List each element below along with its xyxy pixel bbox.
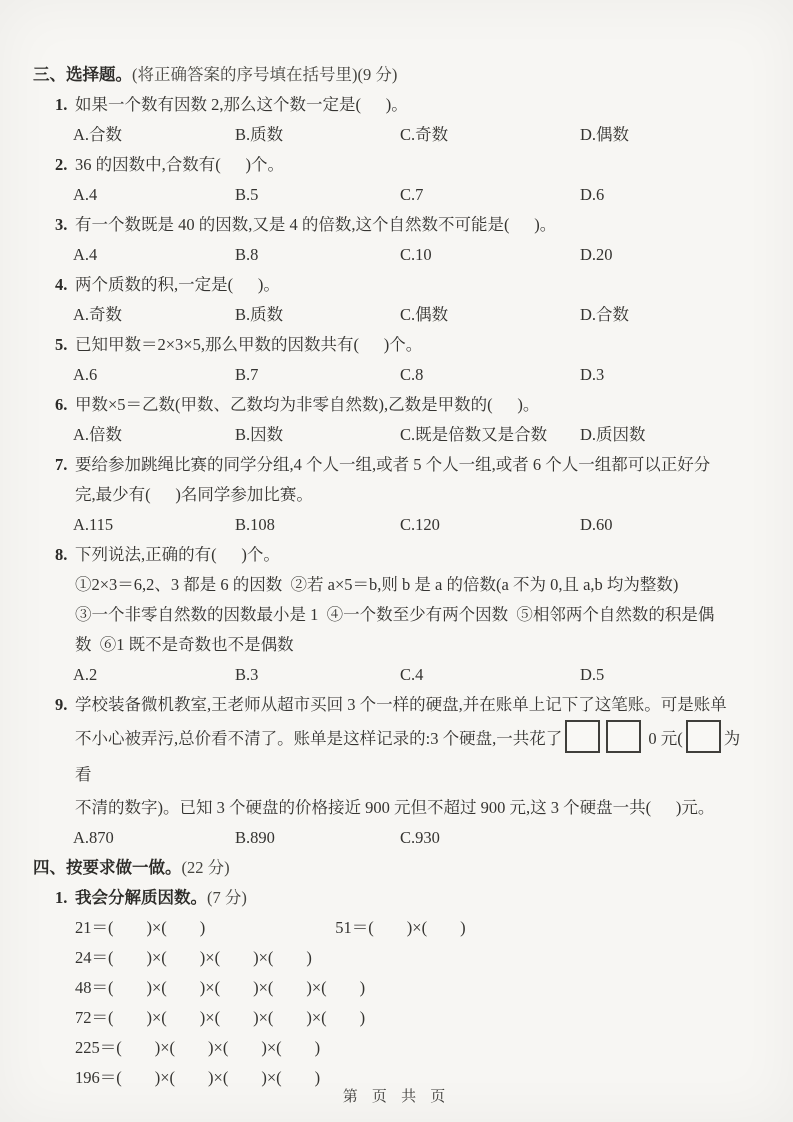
option-b: B.5 (235, 180, 400, 210)
question-9-bill-line: 不小心被弄污,总价看不清了。账单是这样记录的:3 个硬盘,一共花了 0 元(为看 (75, 720, 755, 793)
option-c: C.7 (400, 180, 580, 210)
factorization-equation-21: 21＝( )×( ) (75, 918, 205, 937)
question-7-number: 7. (55, 450, 75, 480)
question-6-text: 甲数×5＝乙数(甲数、乙数均为非零自然数),乙数是甲数的( )。 (75, 390, 755, 420)
option-d: D.3 (580, 360, 755, 390)
question-4-options: A.奇数B.质数C.偶数D.合数 (73, 300, 755, 330)
option-c: C.8 (400, 360, 580, 390)
question-3: 3.有一个数既是 40 的因数,又是 4 的倍数,这个自然数不可能是( )。 A… (33, 210, 755, 270)
question-4: 4.两个质数的积,一定是( )。 A.奇数B.质数C.偶数D.合数 (33, 270, 755, 330)
option-a: A.奇数 (73, 300, 235, 330)
option-c: C.930 (400, 823, 580, 853)
question-8-text: 下列说法,正确的有( )个。 (75, 540, 755, 570)
option-a: A.2 (73, 660, 235, 690)
factorization-row-225: 225＝( )×( )×( )×( ) (75, 1033, 755, 1063)
question-7-options: A.115B.108C.120D.60 (73, 510, 755, 540)
option-c: C.4 (400, 660, 580, 690)
question-6: 6.甲数×5＝乙数(甲数、乙数均为非零自然数),乙数是甲数的( )。 A.倍数B… (33, 390, 755, 450)
question-3-number: 3. (55, 210, 75, 240)
option-d: D.合数 (580, 300, 755, 330)
question-9-line-1: 9.学校装备微机教室,王老师从超市买回 3 个一样的硬盘,并在账单上记下了这笔账… (33, 690, 755, 720)
factorization-row-21-51: 21＝( )×( )51＝( )×( ) (75, 913, 755, 943)
question-6-line: 6.甲数×5＝乙数(甲数、乙数均为非零自然数),乙数是甲数的( )。 (33, 390, 755, 420)
option-b: B.质数 (235, 120, 400, 150)
question-8: 8.下列说法,正确的有( )个。 ①2×3＝6,2、3 都是 6 的因数 ②若 … (33, 540, 755, 690)
option-b: B.质数 (235, 300, 400, 330)
sub1-points: (7 分) (207, 888, 247, 907)
question-7-line-1: 7.要给参加跳绳比赛的同学分组,4 个人一组,或者 5 个人一组,或者 6 个人… (33, 450, 755, 480)
option-d: D.5 (580, 660, 755, 690)
question-4-text: 两个质数的积,一定是( )。 (75, 270, 755, 300)
sub1-title: 我会分解质因数。(7 分) (75, 883, 755, 913)
option-d: D.质因数 (580, 420, 755, 450)
question-8-statements-1: ①2×3＝6,2、3 都是 6 的因数 ②若 a×5＝b,则 b 是 a 的倍数… (75, 570, 755, 600)
test-paper-page: 三、选择题。(将正确答案的序号填在括号里)(9 分) 1.如果一个数有因数 2,… (0, 0, 793, 1122)
hidden-digit-box (686, 720, 721, 753)
question-4-number: 4. (55, 270, 75, 300)
option-c: C.120 (400, 510, 580, 540)
option-d: D.偶数 (580, 120, 755, 150)
question-3-text: 有一个数既是 40 的因数,又是 4 的倍数,这个自然数不可能是( )。 (75, 210, 755, 240)
section4-points: (22 分) (182, 858, 230, 877)
question-9-options: A.870B.890C.930 (73, 823, 755, 853)
section3-note: (将正确答案的序号填在括号里)(9 分) (132, 65, 397, 84)
option-a: A.4 (73, 180, 235, 210)
section3-heading: 三、选择题。(将正确答案的序号填在括号里)(9 分) (33, 60, 755, 90)
option-a: A.6 (73, 360, 235, 390)
question-1-options: A.合数B.质数C.奇数D.偶数 (73, 120, 755, 150)
option-b: B.108 (235, 510, 400, 540)
question-8-statements-3: 数 ⑥1 既不是奇数也不是偶数 (75, 630, 755, 660)
option-a: A.合数 (73, 120, 235, 150)
question-5-text: 已知甲数＝2×3×5,那么甲数的因数共有( )个。 (75, 330, 755, 360)
question-4-line: 4.两个质数的积,一定是( )。 (33, 270, 755, 300)
question-9-text: 学校装备微机教室,王老师从超市买回 3 个一样的硬盘,并在账单上记下了这笔账。可… (75, 690, 755, 720)
question-1: 1.如果一个数有因数 2,那么这个数一定是( )。 A.合数B.质数C.奇数D.… (33, 90, 755, 150)
question-8-line-1: 8.下列说法,正确的有( )个。 (33, 540, 755, 570)
hidden-digit-box (565, 720, 600, 753)
section3-title: 三、选择题。 (33, 66, 132, 84)
question-3-line: 3.有一个数既是 40 的因数,又是 4 的倍数,这个自然数不可能是( )。 (33, 210, 755, 240)
sub1-title-text: 我会分解质因数。 (75, 889, 207, 907)
text-segment: 0 元( (644, 729, 683, 748)
question-9: 9.学校装备微机教室,王老师从超市买回 3 个一样的硬盘,并在账单上记下了这笔账… (33, 690, 755, 853)
factorization-equation-48: 48＝( )×( )×( )×( )×( ) (75, 978, 365, 997)
option-c: C.奇数 (400, 120, 580, 150)
factorization-equation-51: 51＝( )×( ) (335, 918, 465, 937)
factorization-equation-225: 225＝( )×( )×( )×( ) (75, 1038, 320, 1057)
option-a: A.4 (73, 240, 235, 270)
page-footer: 第 页 共 页 (0, 1085, 793, 1106)
option-b: B.8 (235, 240, 400, 270)
option-b: B.890 (235, 823, 400, 853)
question-6-options: A.倍数B.因数C.既是倍数又是合数D.质因数 (73, 420, 755, 450)
option-b: B.因数 (235, 420, 400, 450)
question-5-line: 5.已知甲数＝2×3×5,那么甲数的因数共有( )个。 (33, 330, 755, 360)
question-5-number: 5. (55, 330, 75, 360)
question-2-options: A.4B.5C.7D.6 (73, 180, 755, 210)
factorization-row-48: 48＝( )×( )×( )×( )×( ) (75, 973, 755, 1003)
question-1-line: 1.如果一个数有因数 2,那么这个数一定是( )。 (33, 90, 755, 120)
option-d: D.60 (580, 510, 755, 540)
section4-title: 四、按要求做一做。 (33, 859, 182, 877)
option-d: D.20 (580, 240, 755, 270)
question-3-options: A.4B.8C.10D.20 (73, 240, 755, 270)
option-a: A.115 (73, 510, 235, 540)
option-a: A.倍数 (73, 420, 235, 450)
factorization-row-24: 24＝( )×( )×( )×( ) (75, 943, 755, 973)
factorization-equation-24: 24＝( )×( )×( )×( ) (75, 948, 312, 967)
question-5: 5.已知甲数＝2×3×5,那么甲数的因数共有( )个。 A.6B.7C.8D.3 (33, 330, 755, 390)
hidden-digit-box (606, 720, 641, 753)
question-2-text: 36 的因数中,合数有( )个。 (75, 150, 755, 180)
sub1-number: 1. (55, 883, 75, 913)
question-2: 2.36 的因数中,合数有( )个。 A.4B.5C.7D.6 (33, 150, 755, 210)
question-1-text: 如果一个数有因数 2,那么这个数一定是( )。 (75, 90, 755, 120)
factorization-equation-72: 72＝( )×( )×( )×( )×( ) (75, 1008, 365, 1027)
question-5-options: A.6B.7C.8D.3 (73, 360, 755, 390)
question-6-number: 6. (55, 390, 75, 420)
option-d: D.6 (580, 180, 755, 210)
question-1-number: 1. (55, 90, 75, 120)
question-2-number: 2. (55, 150, 75, 180)
option-c: C.既是倍数又是合数 (400, 420, 580, 450)
text-segment: 不小心被弄污,总价看不清了。账单是这样记录的:3 个硬盘,一共花了 (75, 729, 562, 748)
question-7-line-2: 完,最少有( )名同学参加比赛。 (75, 480, 755, 510)
option-b: B.7 (235, 360, 400, 390)
factorization-row-72: 72＝( )×( )×( )×( )×( ) (75, 1003, 755, 1033)
section4-sub1-heading: 1.我会分解质因数。(7 分) (33, 883, 755, 913)
question-9-number: 9. (55, 690, 75, 720)
question-7-text: 要给参加跳绳比赛的同学分组,4 个人一组,或者 5 个人一组,或者 6 个人一组… (75, 450, 755, 480)
question-8-statements-2: ③一个非零自然数的因数最小是 1 ④一个数至少有两个因数 ⑤相邻两个自然数的积是… (75, 600, 755, 630)
question-8-options: A.2B.3C.4D.5 (73, 660, 755, 690)
question-7: 7.要给参加跳绳比赛的同学分组,4 个人一组,或者 5 个人一组,或者 6 个人… (33, 450, 755, 540)
option-a: A.870 (73, 823, 235, 853)
option-c: C.10 (400, 240, 580, 270)
question-2-line: 2.36 的因数中,合数有( )个。 (33, 150, 755, 180)
option-c: C.偶数 (400, 300, 580, 330)
question-9-line-3: 不清的数字)。已知 3 个硬盘的价格接近 900 元但不超过 900 元,这 3… (75, 793, 755, 823)
option-b: B.3 (235, 660, 400, 690)
question-8-number: 8. (55, 540, 75, 570)
section4-heading: 四、按要求做一做。(22 分) (33, 853, 755, 883)
